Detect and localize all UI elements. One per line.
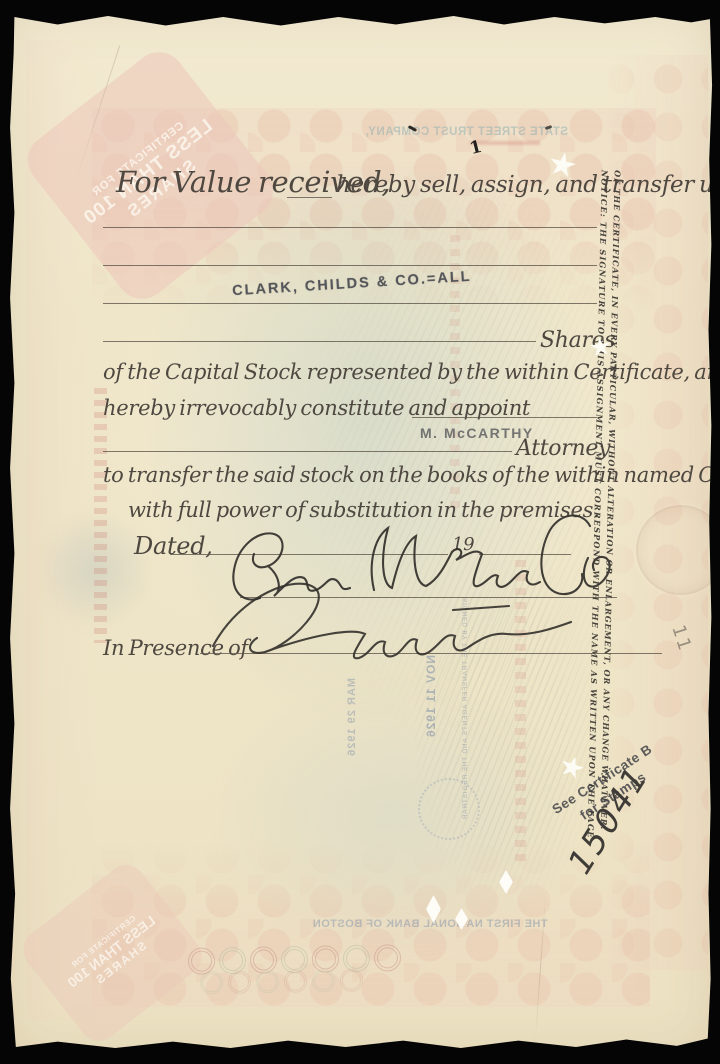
clause-transfer: to transfer the said stock on the books … <box>103 463 720 487</box>
certificate-paper: CERTIFICATE FOR LESS THAN 100 SHARES CER… <box>0 0 720 1064</box>
assignee-stamp: CLARK, CHILDS & CO.=ALL <box>232 269 472 300</box>
corner-block-bottom-left: CERTIFICATE FOR LESS THAN 100 SHARES <box>15 857 209 1049</box>
serial-circle <box>312 945 339 972</box>
signature-notice: NOTICE: THE SIGNATURE TO THIS ASSIGNMENT… <box>588 170 622 715</box>
date-stamp-ghost-2: MAR 29 1926 <box>346 678 358 757</box>
corner-text-4: CERTIFICATE FOR <box>69 913 137 969</box>
serial-circle <box>281 946 308 973</box>
serial-circle <box>228 971 251 994</box>
serial-circle <box>284 970 307 993</box>
serial-circle <box>200 971 223 994</box>
serial-circle <box>219 947 246 974</box>
pink-border-left <box>26 40 96 1020</box>
serial-circle <box>256 970 279 993</box>
shares-rule <box>103 341 536 342</box>
attorney-rule <box>103 451 512 452</box>
star-punch-icon <box>557 753 587 782</box>
bank-line-ghost: THE FIRST NATIONAL BANK OF BOSTON <box>295 918 565 930</box>
corner-text-5: LESS THAN 100 <box>64 912 158 990</box>
pencil-mark: 11 <box>667 622 695 654</box>
red-stamp-strip-left <box>94 388 107 643</box>
serial-circle <box>250 946 277 973</box>
ink-speck-1 <box>408 125 417 132</box>
serial-circle <box>312 969 335 992</box>
blank-after-received <box>287 197 332 198</box>
seal-ghost-left <box>42 505 147 635</box>
serial-circle <box>340 969 363 992</box>
round-stamp-ghost <box>418 778 480 840</box>
embossed-seal <box>636 505 720 595</box>
assignee-rule-3 <box>103 303 597 304</box>
ink-tick-mark: 1 <box>468 137 484 159</box>
diamond-punch-icon <box>426 895 441 923</box>
clause-capital-stock: of the Capital Stock represented by the … <box>103 360 720 384</box>
opening-rest: hereby sell, assign, and transfer unto <box>336 172 720 198</box>
serial-circle <box>374 944 401 971</box>
paper-crease-bottom <box>535 892 546 1042</box>
corner-text-6: SHARES <box>91 938 148 987</box>
appoint-rule <box>412 417 597 418</box>
pink-border-bottom <box>92 842 650 1007</box>
date-stamp-ghost-1: NOV 11 1926 <box>424 655 438 738</box>
serial-ornament-ghost-row2 <box>200 969 363 995</box>
assignee-rule-1 <box>103 227 597 228</box>
serial-circle <box>343 945 370 972</box>
assignee-rule-2 <box>103 265 597 266</box>
scanned-certificate-back: CERTIFICATE FOR LESS THAN 100 SHARES CER… <box>0 0 720 1064</box>
diamond-punch-icon <box>455 908 468 930</box>
green-underprint-ghost-lower <box>225 680 565 950</box>
serial-circle <box>188 947 215 974</box>
serial-ornament-ghost-row1 <box>188 944 401 975</box>
ink-speck-2 <box>545 125 553 130</box>
diamond-punch-icon <box>499 870 513 894</box>
paper-crease-top-left <box>73 46 120 189</box>
company-name-ghost: STATE STREET TRUST COMPANY, <box>368 126 568 138</box>
dated-label: Dated, <box>134 532 213 560</box>
witness-signature <box>205 572 585 667</box>
